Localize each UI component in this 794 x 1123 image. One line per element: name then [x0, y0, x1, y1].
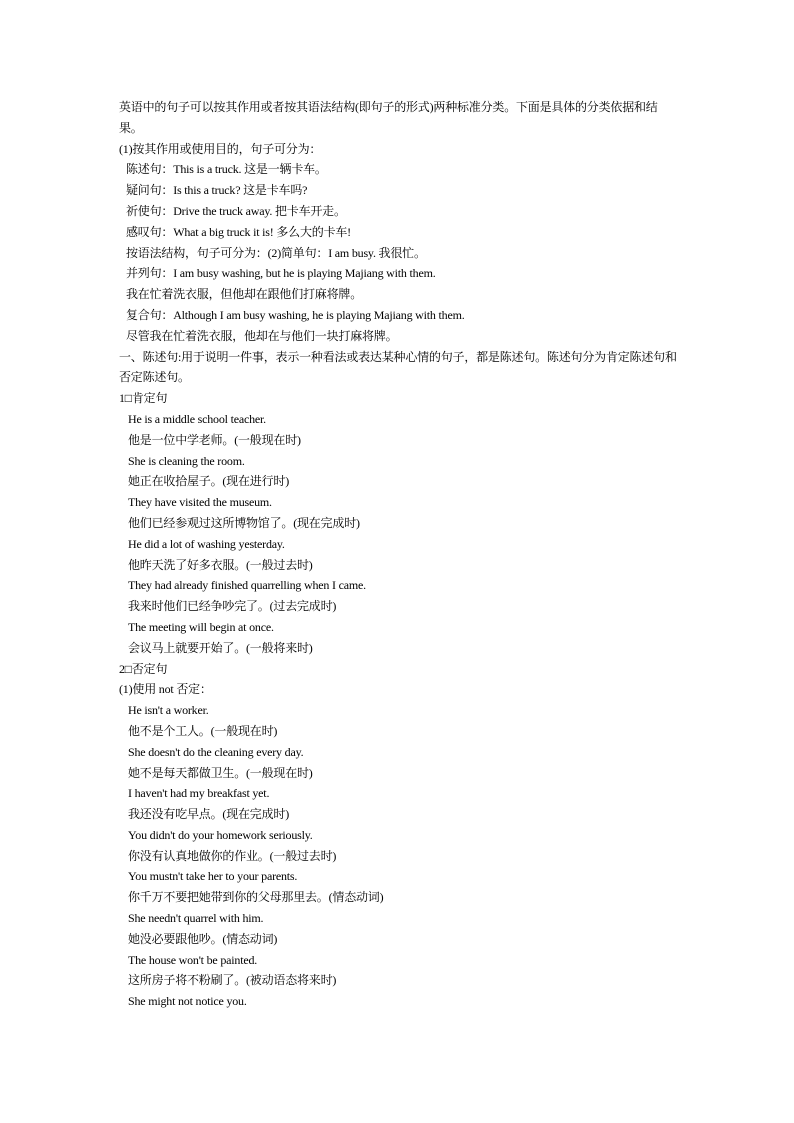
example-english: You mustn't take her to your parents.: [119, 866, 679, 887]
example-english: She doesn't do the cleaning every day.: [119, 742, 679, 763]
intro-paragraph: 英语中的句子可以按其作用或者按其语法结构(即句子的形式)两种标准分类。下面是具体…: [119, 97, 679, 139]
example-chinese: 这所房子将不粉刷了。(被动语态将来时): [119, 970, 679, 991]
example-english: She needn't quarrel with him.: [119, 908, 679, 929]
example-chinese: 你千万不要把她带到你的父母那里去。(情态动词): [119, 887, 679, 908]
example-english: The meeting will begin at once.: [119, 617, 679, 638]
example-chinese: 他是一位中学老师。(一般现在时): [119, 430, 679, 451]
complex-sentence-english: 复合句：Although I am busy washing, he is pl…: [119, 305, 679, 326]
example-chinese: 他不是个工人。(一般现在时): [119, 721, 679, 742]
example-english: He is a middle school teacher.: [119, 409, 679, 430]
example-chinese: 会议马上就要开始了。(一般将来时): [119, 638, 679, 659]
negative-subheading: (1)使用 not 否定：: [119, 679, 679, 700]
affirmative-heading: 1□肯定句: [119, 388, 679, 409]
example-english: He isn't a worker.: [119, 700, 679, 721]
example-english: They have visited the museum.: [119, 492, 679, 513]
example-chinese: 她正在收拾屋子。(现在进行时): [119, 471, 679, 492]
item-text: I am busy washing, but he is playing Maj…: [173, 266, 435, 280]
example-chinese: 我还没有吃早点。(现在完成时): [119, 804, 679, 825]
item-label: 陈述句：: [126, 162, 173, 176]
item-label: 祈使句：: [126, 204, 173, 218]
example-chinese: 她没必要跟他吵。(情态动词): [119, 929, 679, 950]
item-label: 疑问句：: [126, 183, 173, 197]
item-text: Is this a truck? 这是卡车吗?: [173, 183, 307, 197]
item-label: 感叹句：: [126, 225, 173, 239]
function-item-exclamatory: 感叹句：What a big truck it is! 多么大的卡车!: [119, 222, 679, 243]
section-heading-by-function: (1)按其作用或使用目的，句子可分为：: [119, 139, 679, 160]
item-text: What a big truck it is! 多么大的卡车!: [173, 225, 351, 239]
item-text: This is a truck. 这是一辆卡车。: [173, 162, 327, 176]
item-text: Although I am busy washing, he is playin…: [173, 308, 464, 322]
item-label: 复合句：: [126, 308, 173, 322]
item-label: 并列句：: [126, 266, 173, 280]
example-english: You didn't do your homework seriously.: [119, 825, 679, 846]
example-chinese: 我来时他们已经争吵完了。(过去完成时): [119, 596, 679, 617]
function-item-imperative: 祈使句：Drive the truck away. 把卡车开走。: [119, 201, 679, 222]
complex-sentence-chinese: 尽管我在忙着洗衣服，他却在与他们一块打麻将牌。: [119, 326, 679, 347]
example-chinese: 他昨天洗了好多衣服。(一般过去时): [119, 555, 679, 576]
declarative-intro-paragraph: 一、陈述句:用于说明一件事，表示一种看法或表达某种心情的句子，都是陈述句。陈述句…: [119, 347, 679, 389]
example-chinese: 他们已经参观过这所博物馆了。(现在完成时): [119, 513, 679, 534]
example-english: He did a lot of washing yesterday.: [119, 534, 679, 555]
document-page: 英语中的句子可以按其作用或者按其语法结构(即句子的形式)两种标准分类。下面是具体…: [119, 97, 679, 1012]
item-text: Drive the truck away. 把卡车开走。: [173, 204, 346, 218]
section-heading-by-structure: 按语法结构，句子可分为：(2)简单句：I am busy. 我很忙。: [119, 243, 679, 264]
example-chinese: 她不是每天都做卫生。(一般现在时): [119, 763, 679, 784]
compound-sentence-english: 并列句：I am busy washing, but he is playing…: [119, 263, 679, 284]
example-english: They had already finished quarrelling wh…: [119, 575, 679, 596]
function-item-interrogative: 疑问句：Is this a truck? 这是卡车吗?: [119, 180, 679, 201]
example-english: The house won't be painted.: [119, 950, 679, 971]
example-english: I haven't had my breakfast yet.: [119, 783, 679, 804]
negative-heading: 2□否定句: [119, 659, 679, 680]
compound-sentence-chinese: 我在忙着洗衣服，但他却在跟他们打麻将牌。: [119, 284, 679, 305]
function-item-declarative: 陈述句：This is a truck. 这是一辆卡车。: [119, 159, 679, 180]
example-english: She is cleaning the room.: [119, 451, 679, 472]
example-english: She might not notice you.: [119, 991, 679, 1012]
example-chinese: 你没有认真地做你的作业。(一般过去时): [119, 846, 679, 867]
